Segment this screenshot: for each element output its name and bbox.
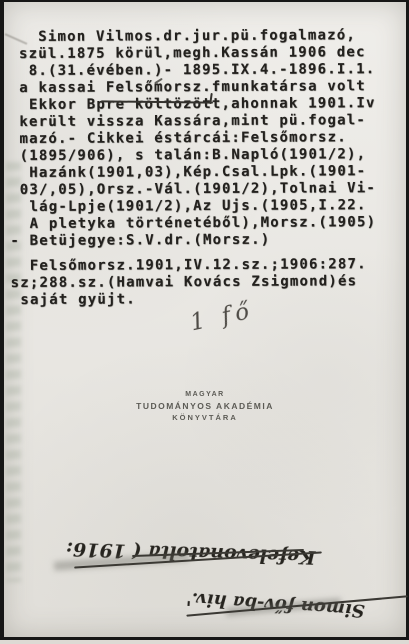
stamp-line: KÖNYVTÁRA [95,412,315,423]
typed-line: szül.1875 körül,megh.Kassán 1906 dec [9,44,403,63]
typed-line: - Betüjegye:S.V.dr.(Morsz.) [10,231,404,250]
typed-paragraph-sources: Felsőmorsz.1901,IV.12.sz.;1906:287. sz;2… [10,256,404,309]
handwritten-note-inverted: Simon főv-ba hiv.' [185,588,365,621]
index-card: Simon Vilmos.dr.jur.pü.fogalmazó, szül.1… [0,0,409,640]
typed-line: Ekkor Bpre költözött,ahonnak 1901.Iv [10,95,404,114]
typed-paragraph-biography: Simon Vilmos.dr.jur.pü.fogalmazó, szül.1… [9,27,404,250]
library-stamp: MAGYAR TUDOMÁNYOS AKADÉMIA KÖNYVTÁRA [95,390,315,423]
typed-line: lág-Lpje(1901/2),Az Ujs.(1905,I.22. [10,197,404,216]
typed-line: Hazánk(1901,03),Kép.Csal.Lpk.(1901- [10,163,404,182]
typed-line: Felsőmorsz.1901,IV.12.sz.;1906:287. [10,256,404,275]
typed-line: került vissza Kassára,mint pü.fogal- [10,112,404,131]
stamp-line: MAGYAR [95,390,315,400]
stamp-line: TUDOMÁNYOS AKADÉMIA [95,400,315,412]
typed-line: 8.(31.évében.)- 1895.IX.4.-1896.I.1. [9,61,403,80]
typed-text-block: Simon Vilmos.dr.jur.pü.fogalmazó, szül.1… [9,27,404,309]
typed-line: Simon Vilmos.dr.jur.pü.fogalmazó, [9,27,403,46]
typed-line: 03/,05),Orsz.-Vál.(1901/2),Tolnai Vi- [10,180,404,199]
typed-line: a kassai Felsőmorsz.fmunkatársa volt [10,78,404,97]
typed-line: sz;288.sz.(Hamvai Kovács Zsigmond)és [11,273,405,292]
typed-line: (1895/906), s talán:B.Napló(1901/2), [10,146,404,165]
typed-line: mazó.- Cikkei éstárcái:Felsőmorsz. [10,129,404,148]
typed-line: A pletyka történetéből),Morsz.(1905) [10,214,404,233]
